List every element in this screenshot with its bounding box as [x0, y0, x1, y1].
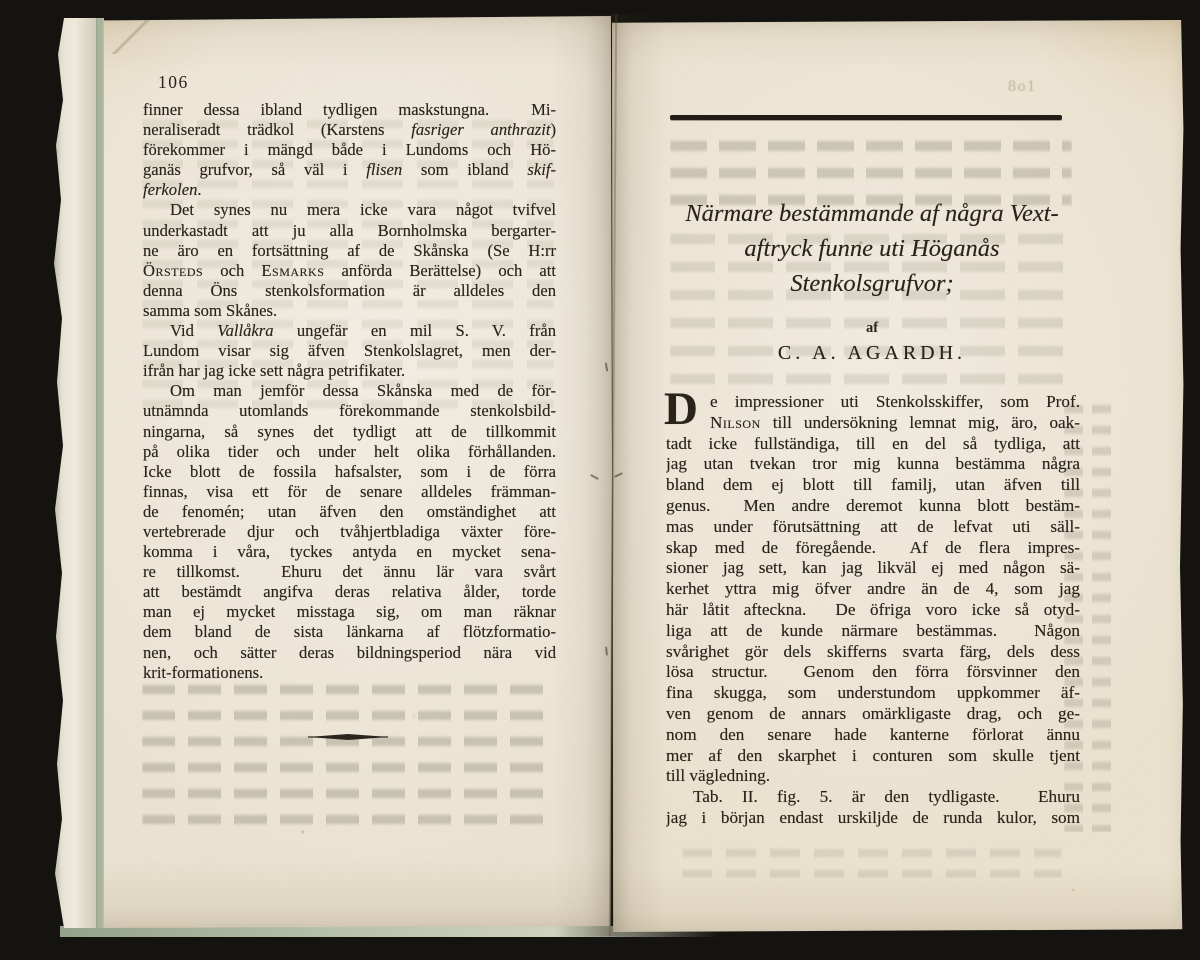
text-segment: liga att de kunde närmare bestämmas. Någ…: [666, 621, 1080, 640]
text-segment: ne äro en fortsättning af de Skånska (Se…: [143, 241, 556, 260]
text-line: Nilson till undersökning lemnat mig, äro…: [666, 413, 1080, 434]
text-line: utnämnda utomlands förekommande stenkols…: [143, 401, 556, 421]
text-segment: här låtit afteckna. De öfriga voro icke …: [666, 600, 1080, 619]
text-segment: till undersökning lemnat mig, äro, oak-: [761, 413, 1080, 432]
text-segment: fasriger anthrazit: [411, 120, 550, 139]
article-title-line: Stenkolsgrufvor;: [642, 266, 1102, 301]
text-line: svårighet gör dels skifferns svarta färg…: [666, 642, 1080, 663]
text-segment: ferkolen: [143, 180, 197, 199]
text-line: samma som Skånes.: [143, 301, 556, 321]
text-line: man ej mycket misstaga sig, om man räkna…: [143, 602, 556, 622]
text-segment: fina skugga, som understundom uppkommer …: [666, 683, 1080, 702]
text-segment: Esmarks: [261, 261, 324, 280]
text-line: ne äro en fortsättning af de Skånska (Se…: [143, 241, 556, 261]
text-segment: Icke blott de fossila hafsalster, som i …: [143, 462, 556, 481]
text-segment: genus. Men andre deremot kunna blott bes…: [666, 496, 1080, 515]
text-line: ifrån har jag icke sett några petrifikat…: [143, 361, 556, 381]
text-line: på olika tider och under helt olika förh…: [143, 442, 556, 462]
deckle-green-edge-line: [96, 18, 98, 928]
text-segment: nen, och sätter deras bildningsperiod nä…: [143, 643, 556, 662]
text-segment: vertebrerade djur och tvåhjertbladiga vä…: [143, 522, 556, 541]
text-line: Vid Vallåkra ungefär en mil S. V. från: [143, 321, 556, 341]
bleedthrough-page-number: 8o1: [1008, 78, 1037, 96]
page-corner-fold: [106, 20, 158, 54]
text-line: vertebrerade djur och tvåhjertbladiga vä…: [143, 522, 556, 542]
text-segment: neraliseradt trädkol (Karstens: [143, 120, 411, 139]
text-line: finner dessa ibland tydligen maskstungna…: [143, 100, 556, 120]
article-title-line: Närmare bestämmande af några Vext-: [642, 196, 1102, 231]
text-segment: ganäs grufvor, så väl i: [143, 160, 366, 179]
section-divider-icon: [308, 728, 388, 736]
text-line: genus. Men andre deremot kunna blott bes…: [666, 496, 1080, 517]
text-line: de fenomén; utan äfven den omständighet …: [143, 502, 556, 522]
text-segment: svårighet gör dels skifferns svarta färg…: [666, 642, 1080, 661]
text-line: jag utan tvekan tror mig kunna bestämma …: [666, 454, 1080, 475]
text-segment: och: [203, 261, 261, 280]
text-line: Icke blott de fossila hafsalster, som i …: [143, 462, 556, 482]
text-segment: .: [197, 180, 201, 199]
text-line: Lundom visar sig äfven Stenkolslagret, m…: [143, 341, 556, 361]
article-title-line: aftryck funne uti Höganås: [642, 231, 1102, 266]
text-line: finnas, visa ett för de senare alldeles …: [143, 482, 556, 502]
text-line: mer af den skarphet i conturen som skull…: [666, 746, 1080, 767]
text-line: denna Öns stenkolsformation är alldeles …: [143, 281, 556, 301]
text-segment: Det synes nu mera icke vara något tvifve…: [170, 200, 556, 219]
text-line: lösa structur. Genom den förra försvinne…: [666, 662, 1080, 683]
text-segment: Nilson: [710, 413, 761, 432]
text-line: re tillkomst. Ehuru det ännu lär vara sv…: [143, 562, 556, 582]
text-segment: på olika tider och under helt olika förh…: [143, 442, 556, 461]
text-line: fina skugga, som understundom uppkommer …: [666, 683, 1080, 704]
text-segment: ningarna, så synes det tydligt att de ti…: [143, 422, 556, 441]
text-line: Tab. II. fig. 5. är den tydligaste. Ehur…: [666, 787, 1080, 808]
text-segment: jag i början endast urskiljde de runda k…: [666, 808, 1080, 827]
text-segment: re tillkomst. Ehuru det ännu lär vara sv…: [143, 562, 556, 581]
text-line: tadt icke fullständiga, till en del så t…: [666, 434, 1080, 455]
byline-prefix: af: [642, 320, 1102, 337]
text-segment: sioner jag sett, kan jag likväl ej med n…: [666, 558, 1080, 577]
text-segment: man ej mycket misstaga sig, om man räkna…: [143, 602, 556, 621]
bleedthrough-text-lower: [142, 668, 554, 828]
text-segment: de fenomén; utan äfven den omständighet …: [143, 502, 556, 521]
text-segment: Om man jemför dessa Skånska med de för-: [170, 381, 556, 400]
text-line: ferkolen.: [143, 180, 556, 200]
text-line: underkastadt att ju alla Bornholmska ber…: [143, 221, 556, 241]
text-segment: e impressioner uti Stenkolsskiffer, som …: [710, 392, 1080, 411]
text-segment: anförda Berättelse) och att: [324, 261, 556, 280]
text-segment: ven genom de annars omärkligaste drag, o…: [666, 704, 1080, 723]
text-line: neraliseradt trädkol (Karstens fasriger …: [143, 120, 556, 140]
text-line: liga att de kunde närmare bestämmas. Någ…: [666, 621, 1080, 642]
page-stack-deckle-edge: [50, 18, 104, 928]
text-line: till vägledning.: [666, 766, 1080, 787]
text-line: sioner jag sett, kan jag likväl ej med n…: [666, 558, 1080, 579]
text-line: komma i våra, tyckes antyda en mycket se…: [143, 542, 556, 562]
text-segment: Örsteds: [143, 261, 203, 280]
text-segment: finner dessa ibland tydligen maskstungna…: [143, 100, 556, 119]
text-segment: nom den senare hade kanterne förlorat än…: [666, 725, 1080, 744]
text-segment: utnämnda utomlands förekommande stenkols…: [143, 401, 556, 420]
text-segment: samma som Skånes.: [143, 301, 277, 320]
text-line: att bestämdt angifva deras relativa ålde…: [143, 582, 556, 602]
text-segment: kerhet yttra mig öfver andre än de 4, so…: [666, 579, 1080, 598]
text-line: nom den senare hade kanterne förlorat än…: [666, 725, 1080, 746]
text-segment: underkastadt att ju alla Bornholmska ber…: [143, 221, 556, 240]
text-segment: till vägledning.: [666, 766, 770, 785]
text-segment: dem bland de sista länkarna af flötzform…: [143, 622, 556, 641]
bleedthrough-text-bottom: [682, 836, 1062, 878]
text-segment: Vid: [170, 321, 217, 340]
text-line: bland dem ej blott till familj, utan äfv…: [666, 475, 1080, 496]
article-header-rule: [670, 115, 1062, 120]
book-scan-photo: 106 finner dessa ibland tydligen maskstu…: [0, 0, 1200, 960]
right-page: 8o1 Närmare bestämmande af några Vext- a…: [612, 20, 1184, 932]
text-segment: Lundom visar sig äfven Stenkolslagret, m…: [143, 341, 556, 360]
text-line: Det synes nu mera icke vara något tvifve…: [143, 200, 556, 220]
author-name: C. A. AGARDH.: [642, 342, 1102, 365]
text-line: kerhet yttra mig öfver andre än de 4, so…: [666, 579, 1080, 600]
text-line: mas under förutsättning att de lefvat ut…: [666, 517, 1080, 538]
text-segment: finnas, visa ett för de senare alldeles …: [143, 482, 556, 501]
right-page-text-column: e impressioner uti Stenkolsskiffer, som …: [666, 392, 1080, 829]
text-line: Örsteds och Esmarks anförda Berättelse) …: [143, 261, 556, 281]
left-page-text-column: finner dessa ibland tydligen maskstungna…: [143, 100, 556, 683]
text-segment: mas under förutsättning att de lefvat ut…: [666, 517, 1080, 536]
text-segment: denna Öns stenkolsformation är alldeles …: [143, 281, 556, 300]
text-segment: mer af den skarphet i conturen som skull…: [666, 746, 1080, 765]
text-line: ganäs grufvor, så väl i flisen som iblan…: [143, 160, 556, 180]
text-segment: krit-formationens.: [143, 663, 263, 682]
text-segment: ifrån har jag icke sett några petrifikat…: [143, 361, 405, 380]
text-segment: Vallåkra: [217, 321, 273, 340]
text-line: ven genom de annars omärkligaste drag, o…: [666, 704, 1080, 725]
text-line: Om man jemför dessa Skånska med de för-: [143, 381, 556, 401]
text-line: ningarna, så synes det tydligt att de ti…: [143, 422, 556, 442]
text-line: skap med de föregående. Af de flera impr…: [666, 538, 1080, 559]
text-segment: lösa structur. Genom den förra försvinne…: [666, 662, 1080, 681]
text-segment: tadt icke fullständiga, till en del så t…: [666, 434, 1080, 453]
text-segment: skif-: [527, 160, 556, 179]
text-line: förekommer i mängd både i Lundoms och Hö…: [143, 140, 556, 160]
text-line: nen, och sätter deras bildningsperiod nä…: [143, 643, 556, 663]
text-line: här låtit afteckna. De öfriga voro icke …: [666, 600, 1080, 621]
text-line: krit-formationens.: [143, 663, 556, 683]
text-segment: komma i våra, tyckes antyda en mycket se…: [143, 542, 556, 561]
text-segment: jag utan tvekan tror mig kunna bestämma …: [666, 454, 1080, 473]
text-segment: Tab. II. fig. 5. är den tydligaste. Ehur…: [693, 787, 1080, 806]
text-segment: bland dem ej blott till familj, utan äfv…: [666, 475, 1080, 494]
article-title: Närmare bestämmande af några Vext- aftry…: [642, 196, 1102, 301]
text-line: dem bland de sista länkarna af flötzform…: [143, 622, 556, 642]
text-segment: flisen: [366, 160, 402, 179]
left-page: 106 finner dessa ibland tydligen maskstu…: [84, 16, 612, 928]
text-segment: skap med de föregående. Af de flera impr…: [666, 538, 1080, 557]
text-line: e impressioner uti Stenkolsskiffer, som …: [666, 392, 1080, 413]
page-number-left: 106: [158, 72, 189, 93]
text-segment: ungefär en mil S. V. från: [274, 321, 556, 340]
text-segment: ): [550, 120, 556, 139]
text-line: jag i början endast urskiljde de runda k…: [666, 808, 1080, 829]
text-segment: som ibland: [402, 160, 527, 179]
text-segment: förekommer i mängd både i Lundoms och Hö…: [143, 140, 556, 159]
text-segment: att bestämdt angifva deras relativa ålde…: [143, 582, 556, 601]
